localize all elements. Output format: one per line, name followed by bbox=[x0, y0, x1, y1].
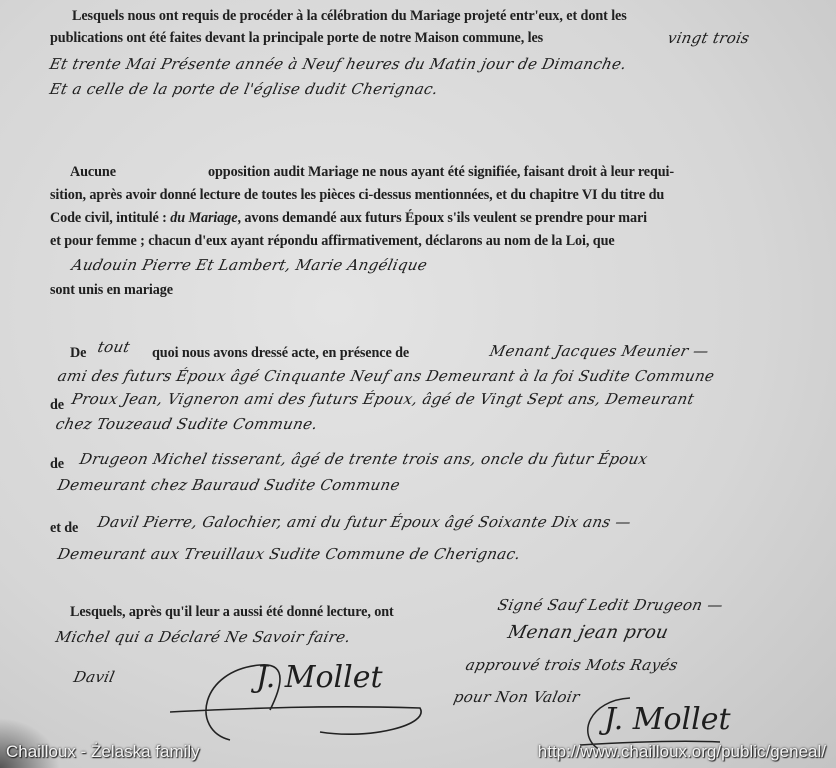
approval-note: approuvé trois Mots Rayés bbox=[464, 656, 679, 674]
para1-church-door: Et a celle de la porte de l'église dudit… bbox=[48, 80, 440, 98]
para3-de: De bbox=[70, 345, 86, 362]
para3-tout: tout bbox=[96, 338, 132, 356]
para2-line3-b: , avons demandé aux futurs Époux s'ils v… bbox=[237, 210, 647, 226]
para1-line1: Lesquels nous ont requis de procéder à l… bbox=[72, 8, 627, 25]
para3-etde: et de bbox=[50, 520, 78, 537]
witness4-residence: Demeurant aux Treuillaux Sudite Commune … bbox=[56, 545, 522, 563]
witness1-name: Menant Jacques Meunier — bbox=[488, 342, 710, 360]
para2-line1: opposition audit Mariage ne nous ayant é… bbox=[208, 164, 674, 181]
para1-publication-details: Et trente Mai Présente année à Neuf heur… bbox=[48, 55, 628, 73]
para4-reading-statement: Lesquels, après qu'il leur a aussi été d… bbox=[70, 604, 394, 621]
para1-publication-date: vingt trois bbox=[666, 29, 751, 47]
witness2-residence: chez Touzeaud Sudite Commune. bbox=[54, 415, 319, 433]
witness1-details: ami des futurs Époux âgé Cinquante Neuf … bbox=[56, 367, 716, 385]
para3-de2: de bbox=[50, 397, 64, 414]
signature-menant-proux: Menan jean prou bbox=[506, 622, 671, 643]
para2-line2: sition, après avoir donné lecture de tou… bbox=[50, 187, 664, 204]
para2-aucune: Aucune bbox=[70, 164, 116, 181]
marriage-record-page: Lesquels nous ont requis de procéder à l… bbox=[0, 0, 836, 768]
para3-line1: quoi nous avons dressé acte, en présence… bbox=[152, 345, 409, 362]
para4-cannot-sign-note: Michel qui a Déclaré Ne Savoir faire. bbox=[54, 628, 352, 646]
para2-line3: Code civil, intitulé : du Mariage, avons… bbox=[50, 210, 647, 227]
para2-union-statement: sont unis en mariage bbox=[50, 282, 173, 299]
watermark-url[interactable]: http://www.chailloux.org/public/geneal/ bbox=[538, 742, 826, 762]
para2-line3-title: du Mariage bbox=[170, 210, 237, 226]
para2-line4: et pour femme ; chacun d'eux ayant répon… bbox=[50, 233, 615, 250]
witness4-name: Davil Pierre, Galochier, ami du futur Ép… bbox=[96, 513, 633, 531]
para4-signed-note: Signé Sauf Ledit Drugeon — bbox=[496, 596, 725, 614]
approval-note-2: pour Non Valoir bbox=[452, 688, 581, 706]
witness3-name: Drugeon Michel tisserant, âgé de trente … bbox=[78, 450, 649, 468]
para1-line2: publications ont été faites devant la pr… bbox=[50, 30, 543, 47]
witness3-residence: Demeurant chez Bauraud Sudite Commune bbox=[56, 476, 402, 494]
signature-davil: Davil bbox=[72, 668, 116, 686]
para3-de3: de bbox=[50, 456, 64, 473]
para2-line3-a: Code civil, intitulé : bbox=[50, 210, 167, 226]
witness2-name: Proux Jean, Vigneron ami des futurs Épou… bbox=[70, 390, 696, 408]
spouses-names: Audouin Pierre Et Lambert, Marie Angéliq… bbox=[70, 256, 429, 274]
watermark-family: Chailloux - Żelaska family bbox=[6, 742, 200, 762]
signature-flourish-1 bbox=[170, 650, 430, 760]
